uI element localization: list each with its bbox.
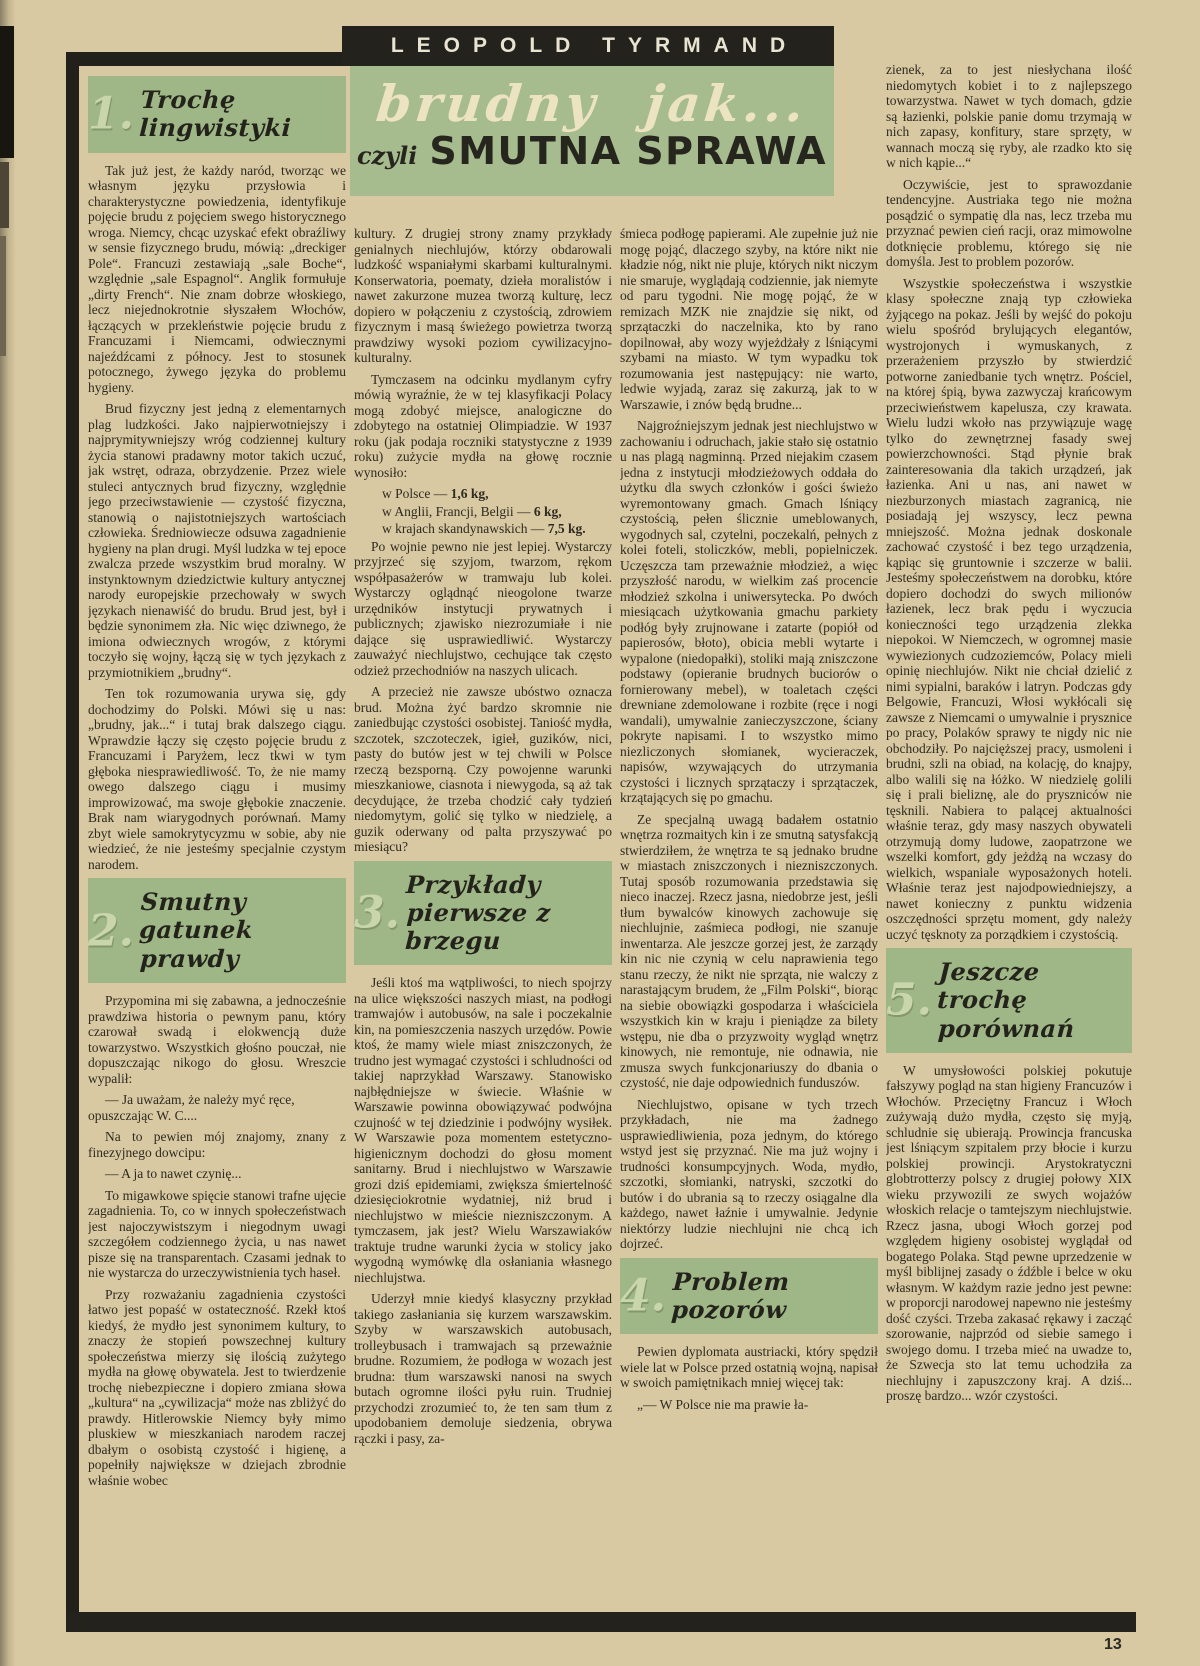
statistic-value: 1,6 kg, xyxy=(451,486,489,501)
section-title-line: Jeszcze trochę xyxy=(937,958,1128,1015)
subtitle-prefix: czyli xyxy=(357,141,417,170)
bottom-rule xyxy=(66,1612,1136,1632)
section-title-line: porównań xyxy=(937,1015,1126,1043)
section-number: 2. xyxy=(88,905,134,956)
section-heading: 4.Problem pozorów xyxy=(620,1258,878,1335)
section-number: 4. xyxy=(620,1270,666,1321)
dialog-line: „— W Polsce nie ma prawie ła- xyxy=(620,1397,878,1413)
paragraph: zienek, za to jest niesłychana ilość nie… xyxy=(886,62,1132,171)
paragraph: Po wojnie pewno nie jest lepiej. Wystarc… xyxy=(354,539,612,679)
section-title-line: Smutny gatunek xyxy=(139,888,342,945)
paragraph: Pewien dyplomata austriacki, który spędz… xyxy=(620,1344,878,1391)
author-name: LEOPOLD TYRMAND xyxy=(378,34,798,58)
article-title-box: brudny jak... czyli SMUTNA SPRAWA xyxy=(350,66,834,196)
paragraph: Niechlujstwo, opisane w tych trzech przy… xyxy=(620,1097,878,1252)
section-title-line: prawdy xyxy=(139,945,340,973)
soap-statistic-line: w krajach skandynawskich — 7,5 kg. xyxy=(354,521,612,537)
paragraph: Tak już jest, że każdy naród, tworząc we… xyxy=(88,163,346,396)
section-number: 1. xyxy=(88,89,134,140)
statistic-value: 7,5 kg. xyxy=(548,521,586,536)
paragraph: Jeśli ktoś ma wątpliwości, to niech spoj… xyxy=(354,975,612,1285)
article-subtitle: czyli SMUTNA SPRAWA xyxy=(350,129,834,173)
magazine-page: LEOPOLD TYRMAND brudny jak... czyli SMUT… xyxy=(0,0,1200,1666)
paragraph: To migawkowe spięcie stanowi trafne ujęc… xyxy=(88,1188,346,1281)
section-heading: 2.Smutny gatunekprawdy xyxy=(88,878,346,983)
article-title-script: brudny jak... xyxy=(350,74,834,133)
paragraph: Ze specjalną uwagą badałem ostatnio wnęt… xyxy=(620,812,878,1091)
paragraph: śmieca podłogę papierami. Ale zupełnie j… xyxy=(620,226,878,412)
section-title-line: pierwsze z brzegu xyxy=(405,899,608,956)
paragraph: Tymczasem na odcinku mydlanym cyfry mówi… xyxy=(354,372,612,481)
paragraph: Uderzył mnie kiedyś klasyczny przykład t… xyxy=(354,1291,612,1446)
paragraph: Na to pewien mój znajomy, znany z finezy… xyxy=(88,1129,346,1160)
author-banner: LEOPOLD TYRMAND xyxy=(342,26,834,66)
paragraph: W umysłowości polskiej pokutuje fałszywy… xyxy=(886,1063,1132,1404)
dialog-line: — Ja uważam, że należy myć ręce, opuszcz… xyxy=(88,1092,346,1123)
paragraph: Przy rozważaniu zagadnienia czystości ła… xyxy=(88,1287,346,1489)
paragraph: A przecież nie zawsze ubóstwo oznacza br… xyxy=(354,684,612,855)
paragraph: Najgroźniejszym jednak jest niechlujstwo… xyxy=(620,418,878,806)
article-title-main: SMUTNA SPRAWA xyxy=(429,129,827,173)
section-title-line: Przykłady xyxy=(405,871,606,899)
column-3: śmieca podłogę papierami. Ale zupełnie j… xyxy=(620,226,878,1612)
section-number: 5. xyxy=(886,975,932,1026)
paragraph: kultury. Z drugiej strony znamy przykład… xyxy=(354,226,612,366)
statistic-value: 6 kg, xyxy=(534,504,562,519)
page-number: 13 xyxy=(1104,1636,1122,1654)
spine-mark xyxy=(0,162,9,228)
paragraph: Brud fizyczny jest jedną z elementarnych… xyxy=(88,401,346,680)
column-frame-left xyxy=(66,52,79,1612)
paragraph: Oczywiście, jest to sprawozdanie tendenc… xyxy=(886,177,1132,270)
section-heading: 5.Jeszcze trochęporównań xyxy=(886,948,1132,1053)
column-2: kultury. Z drugiej strony znamy przykład… xyxy=(354,226,612,1612)
paragraph: Wszystkie społeczeństwa i wszystkie klas… xyxy=(886,276,1132,943)
paragraph: Ten tok rozumowania urywa się, gdy docho… xyxy=(88,686,346,872)
spine-mark xyxy=(0,26,14,158)
column-frame-top xyxy=(66,52,360,66)
column-4: zienek, za to jest niesłychana ilość nie… xyxy=(886,62,1132,1612)
section-number: 3. xyxy=(354,887,400,938)
spine-mark xyxy=(0,236,6,356)
soap-statistic-line: w Anglii, Francji, Belgii — 6 kg, xyxy=(354,504,612,520)
soap-statistic-line: w Polsce — 1,6 kg, xyxy=(354,486,612,502)
paragraph: Przypomina mi się zabawna, a jednocześni… xyxy=(88,993,346,1086)
section-heading: 3.Przykładypierwsze z brzegu xyxy=(354,861,612,966)
section-title-line: Problem pozorów xyxy=(671,1268,874,1325)
dialog-line: — A ja to nawet czynię... xyxy=(88,1166,346,1182)
section-heading: 1.Trochę lingwistyki xyxy=(88,76,346,153)
column-1: 1.Trochę lingwistykiTak już jest, że każ… xyxy=(88,76,346,1612)
section-title-line: Trochę lingwistyki xyxy=(139,86,342,143)
